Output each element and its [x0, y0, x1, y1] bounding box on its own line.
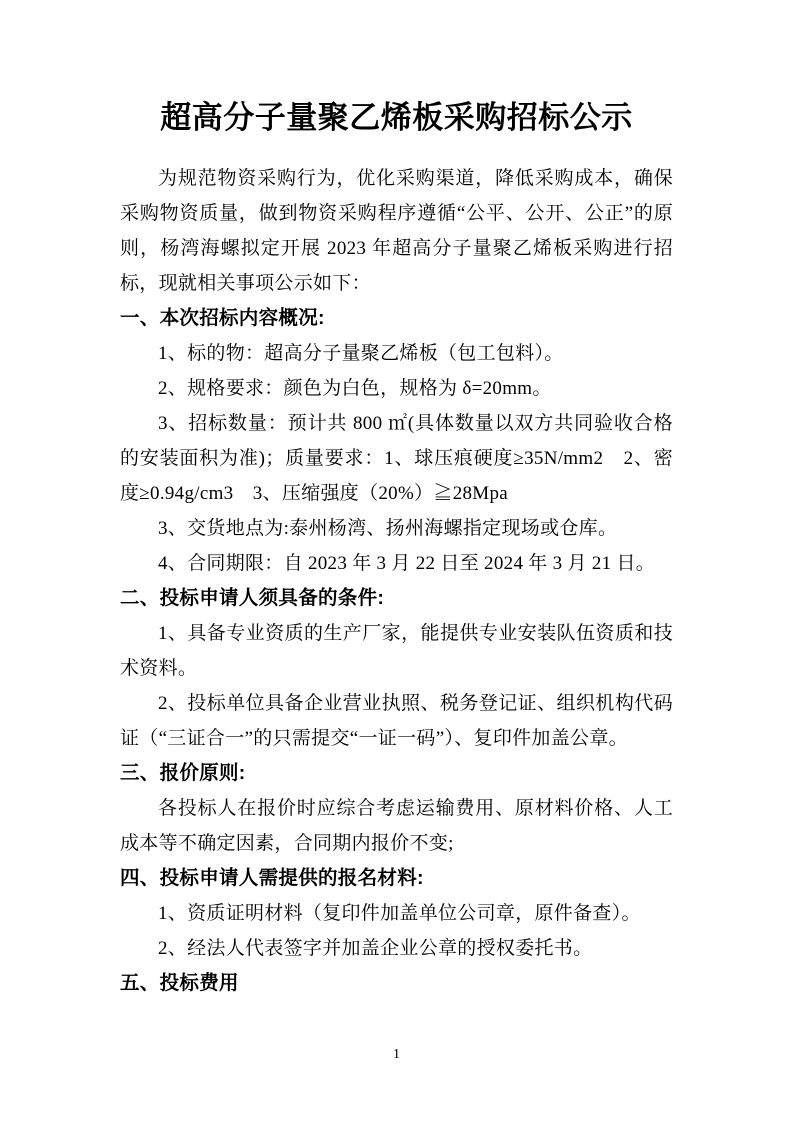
item-spec: 2、规格要求：颜色为白色，规格为 δ=20mm。: [120, 371, 673, 406]
intro-paragraph: 为规范物资采购行为，优化采购渠道，降低采购成本，确保采购物资质量，做到物资采购程…: [120, 161, 673, 301]
item-delivery-place: 3、交货地点为:泰州杨湾、扬州海螺指定现场或仓库。: [120, 511, 673, 546]
heading-section-3: 三、报价原则:: [120, 756, 673, 791]
item-contract-period: 4、合同期限：自 2023 年 3 月 22 日至 2024 年 3 月 21 …: [120, 546, 673, 581]
item-quantity-quality: 3、招标数量：预计共 800 ㎡(具体数量以双方共同验收合格的安装面积为准)；质…: [120, 406, 673, 511]
document-page: 超高分子量聚乙烯板采购招标公示 为规范物资采购行为，优化采购渠道，降低采购成本，…: [0, 0, 793, 1122]
item-subject: 1、标的物：超高分子量聚乙烯板（包工包料）。: [120, 336, 673, 371]
heading-section-2: 二、投标申请人须具备的条件:: [120, 581, 673, 616]
document-title: 超高分子量聚乙烯板采购招标公示: [120, 96, 673, 140]
item-registration-material-1: 1、资质证明材料（复印件加盖单位公司章，原件备查）。: [120, 896, 673, 931]
heading-section-5: 五、投标费用: [120, 966, 673, 1001]
pricing-principle-paragraph: 各投标人在报价时应综合考虑运输费用、原材料价格、人工成本等不确定因素，合同期内报…: [120, 791, 673, 861]
item-registration-material-2: 2、经法人代表签字并加盖企业公章的授权委托书。: [120, 931, 673, 966]
document-body: 超高分子量聚乙烯板采购招标公示 为规范物资采购行为，优化采购渠道，降低采购成本，…: [120, 96, 673, 1001]
item-bidder-condition-2: 2、投标单位具备企业营业执照、税务登记证、组织机构代码证（“三证合一”的只需提交…: [120, 686, 673, 756]
page-number: 1: [0, 1046, 793, 1064]
heading-section-4: 四、投标申请人需提供的报名材料:: [120, 861, 673, 896]
heading-section-1: 一、本次招标内容概况:: [120, 301, 673, 336]
item-bidder-condition-1: 1、具备专业资质的生产厂家，能提供专业安装队伍资质和技术资料。: [120, 616, 673, 686]
